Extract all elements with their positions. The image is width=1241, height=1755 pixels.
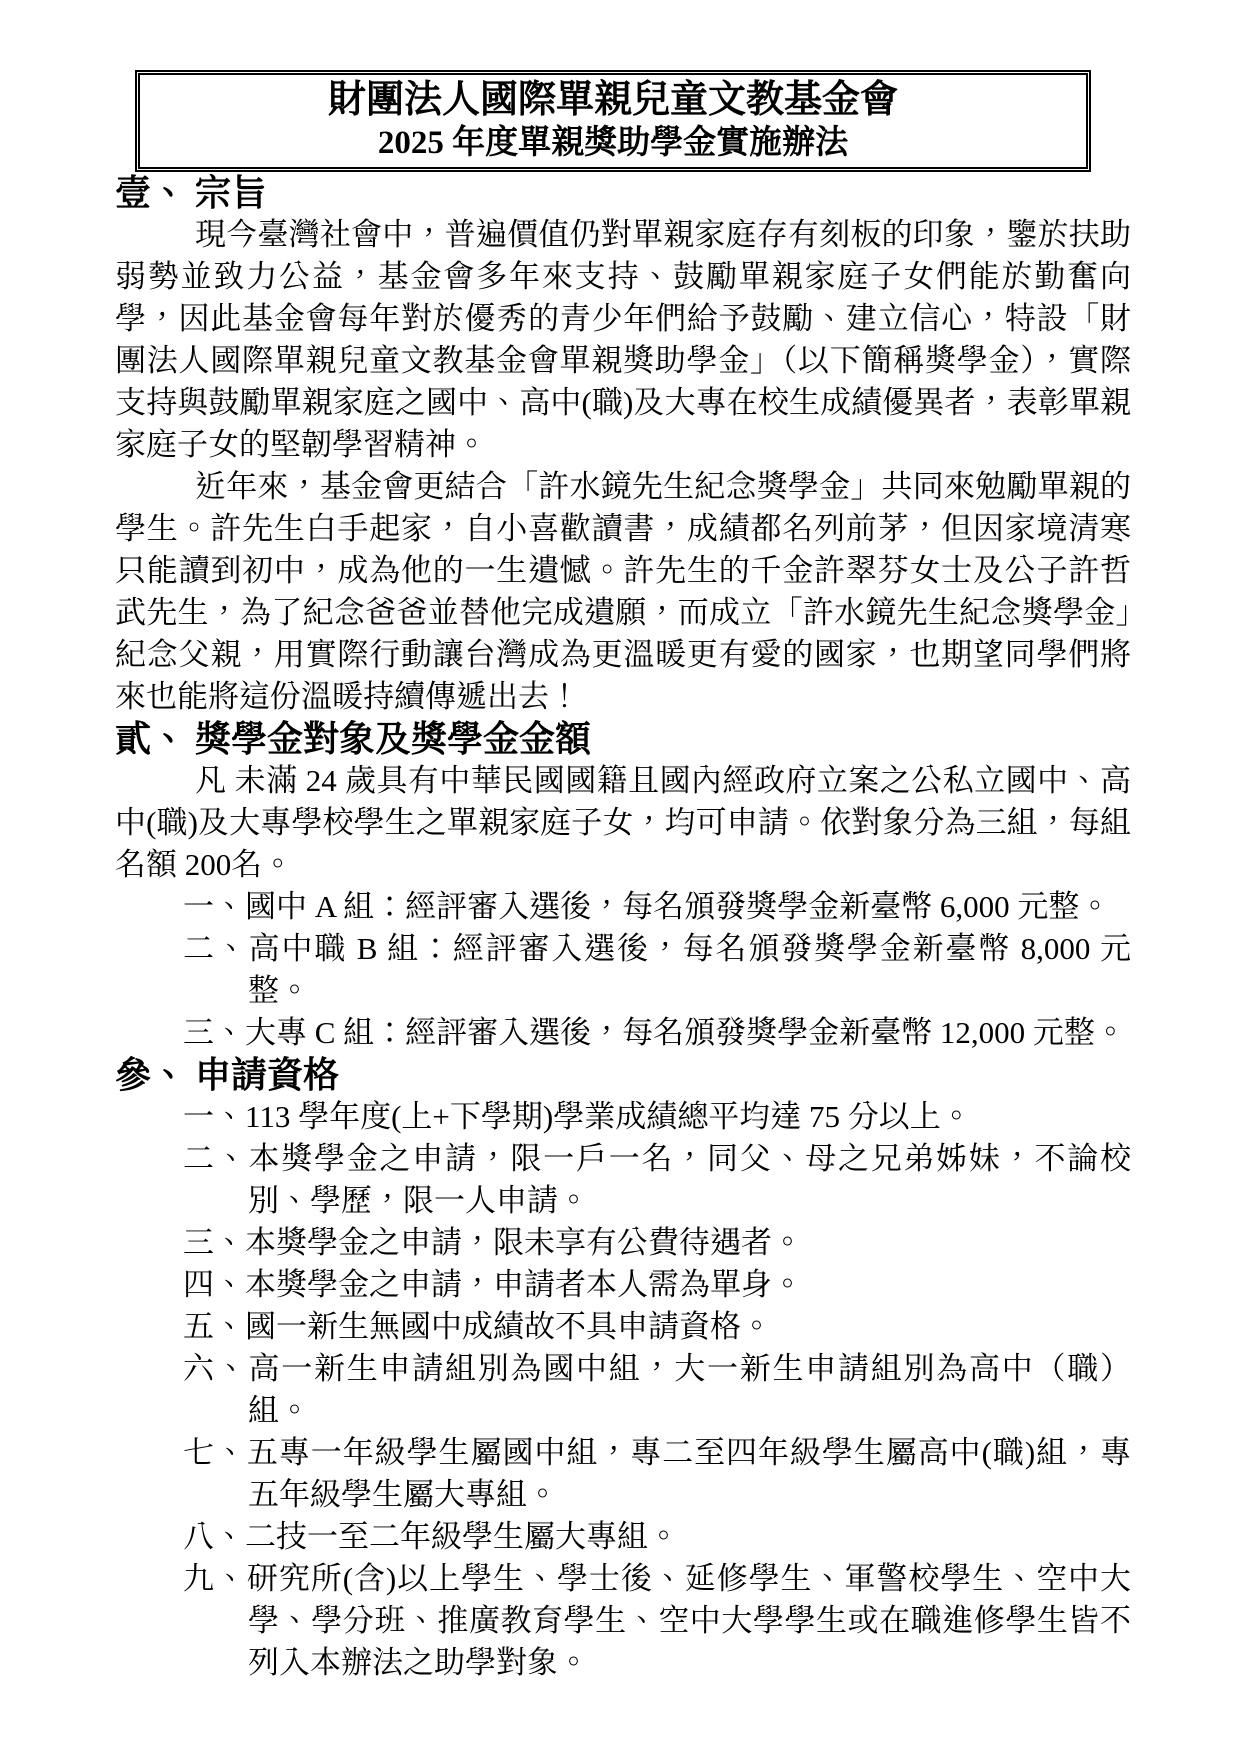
qualification-item-9: 九、研究所(含)以上學生、學士後、延修學生、軍警校學生、空中大學、學分班、推廣教… bbox=[115, 1558, 1131, 1684]
document-title: 財團法人國際單親兒童文教基金會 bbox=[140, 77, 1086, 123]
section-heading-recipients-amounts: 貳、 獎學金對象及獎學金金額 bbox=[115, 718, 1131, 760]
section-title: 獎學金對象及獎學金金額 bbox=[195, 718, 591, 760]
qualification-item-1: 一、113 學年度(上+下學期)學業成績總平均達 75 分以上。 bbox=[115, 1096, 1131, 1138]
section-heading-purpose: 壹、 宗旨 bbox=[115, 172, 1131, 214]
list-item-group-c: 三、大專 C 組：經評審入選後，每名頒發獎學金新臺幣 12,000 元整。 bbox=[115, 1012, 1131, 1054]
purpose-paragraph-2: 近年來，基金會更結合「許水鏡先生紀念獎學金」共同來勉勵單親的學生。許先生白手起家… bbox=[115, 466, 1131, 718]
purpose-paragraph-1: 現今臺灣社會中，普遍價值仍對單親家庭存有刻板的印象，鑒於扶助弱勢並致力公益，基金… bbox=[115, 214, 1131, 466]
qualification-item-5: 五、國一新生無國中成績故不具申請資格。 bbox=[115, 1306, 1131, 1348]
section-heading-qualifications: 參、 申請資格 bbox=[115, 1054, 1131, 1096]
section-title: 申請資格 bbox=[195, 1054, 339, 1096]
section-marker: 壹、 bbox=[115, 172, 187, 214]
section-marker: 貳、 bbox=[115, 718, 187, 760]
qualification-item-2: 二、本獎學金之申請，限一戶一名，同父、母之兄弟姊妹，不論校別、學歷，限一人申請。 bbox=[115, 1138, 1131, 1222]
qualification-item-4: 四、本獎學金之申請，申請者本人需為單身。 bbox=[115, 1264, 1131, 1306]
eligibility-overview-paragraph: 凡 未滿 24 歲具有中華民國國籍且國內經政府立案之公私立國中、高中(職)及大專… bbox=[115, 760, 1131, 886]
qualification-item-8: 八、二技一至二年級學生屬大專組。 bbox=[115, 1516, 1131, 1558]
list-item-group-a: 一、國中 A 組：經評審入選後，每名頒發獎學金新臺幣 6,000 元整。 bbox=[115, 886, 1131, 928]
section-marker: 參、 bbox=[115, 1054, 187, 1096]
qualification-item-7: 七、五專一年級學生屬國中組，專二至四年級學生屬高中(職)組，專五年級學生屬大專組… bbox=[115, 1432, 1131, 1516]
qualification-item-3: 三、本獎學金之申請，限未享有公費待遇者。 bbox=[115, 1222, 1131, 1264]
qualification-item-6: 六、高一新生申請組別為國中組，大一新生申請組別為高中（職）組。 bbox=[115, 1348, 1131, 1432]
document-title-box: 財團法人國際單親兒童文教基金會 2025 年度單親獎助學金實施辦法 bbox=[135, 70, 1091, 172]
document-page: 財團法人國際單親兒童文教基金會 2025 年度單親獎助學金實施辦法 壹、 宗旨 … bbox=[0, 0, 1241, 1684]
section-title: 宗旨 bbox=[195, 172, 267, 214]
document-subtitle: 2025 年度單親獎助學金實施辦法 bbox=[140, 123, 1086, 163]
list-item-group-b: 二、高中職 B 組：經評審入選後，每名頒發獎學金新臺幣 8,000 元整。 bbox=[115, 928, 1131, 1012]
